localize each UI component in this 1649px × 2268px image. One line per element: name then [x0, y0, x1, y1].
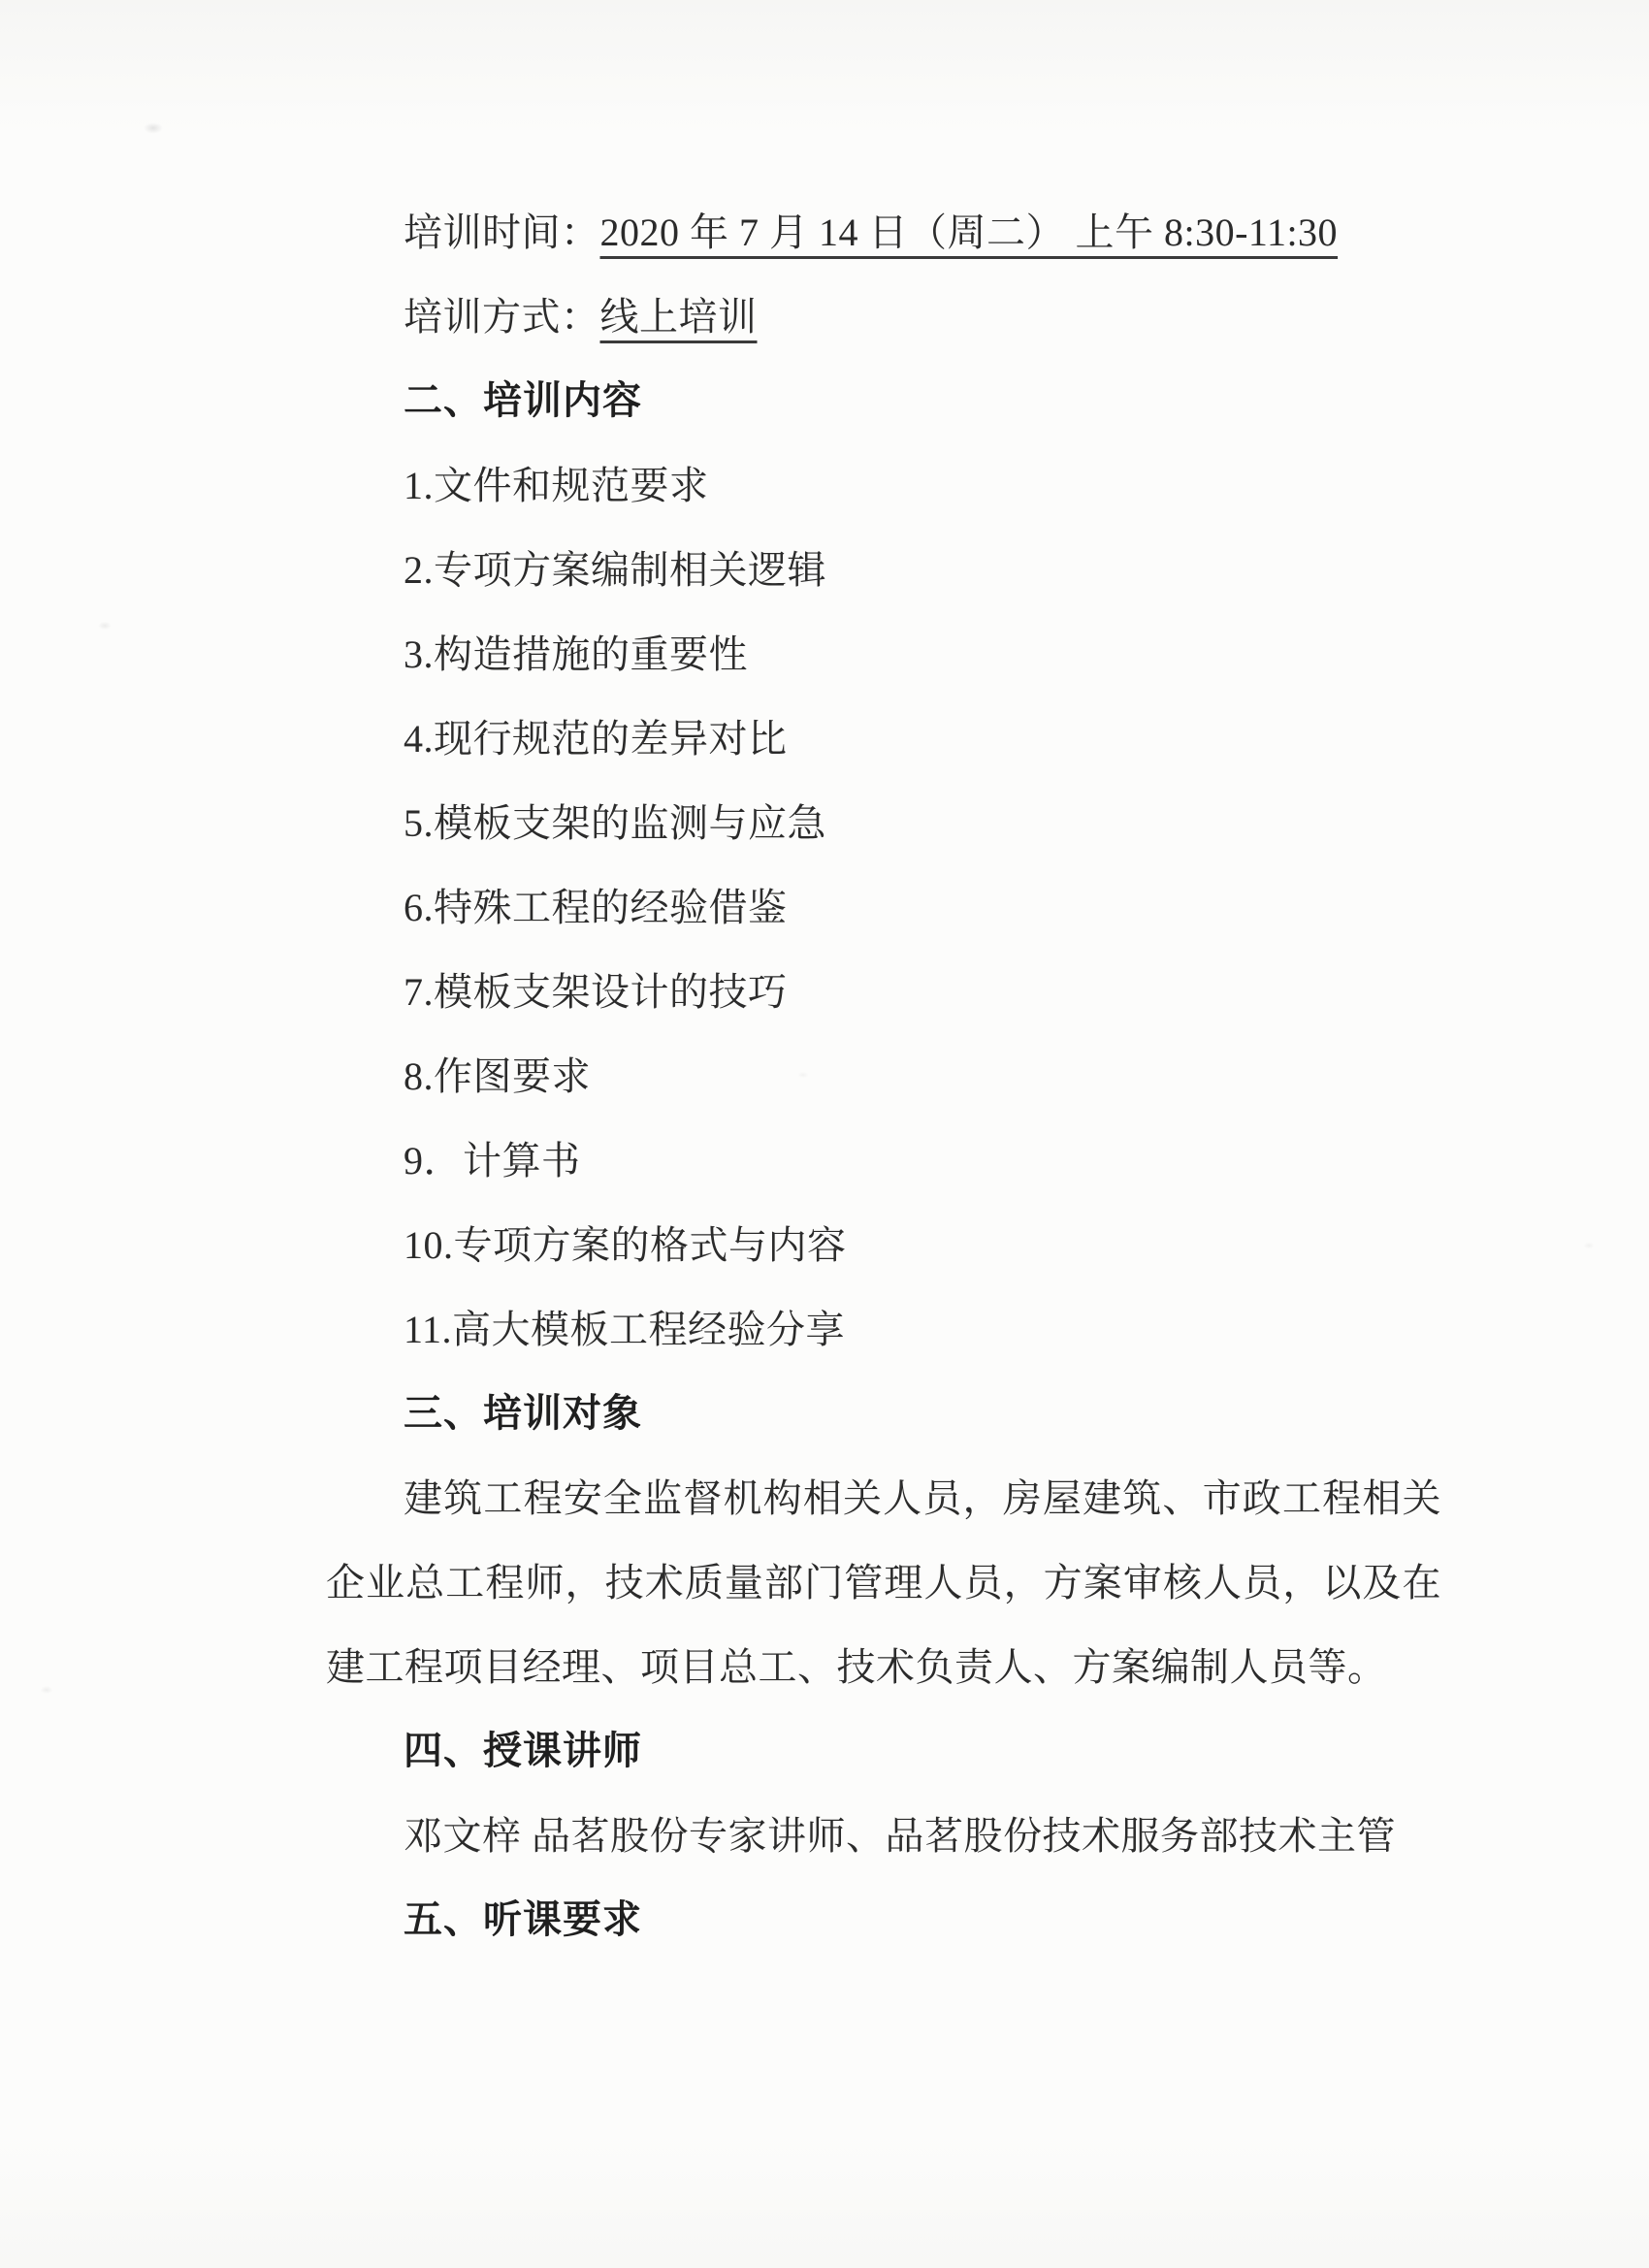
section-heading-training-content: 二、培训内容: [326, 359, 1441, 443]
training-method-label: 培训方式：: [404, 295, 600, 339]
content-item-3: 3.构造措施的重要性: [326, 612, 1441, 697]
content-item-5: 5.模板支架的监测与应急: [326, 781, 1441, 865]
training-method-value: 线上培训: [600, 295, 758, 339]
content-item-4: 4.现行规范的差异对比: [326, 697, 1441, 781]
content-item-1: 1.文件和规范要求: [326, 443, 1441, 528]
audience-paragraph: 建筑工程安全监督机构相关人员，房屋建筑、市政工程相关企业总工程师，技术质量部门管…: [326, 1456, 1441, 1709]
content-item-2: 2.专项方案编制相关逻辑: [326, 528, 1441, 612]
training-method-line: 培训方式：线上培训: [326, 275, 1441, 359]
section-heading-training-audience: 三、培训对象: [326, 1372, 1441, 1456]
training-time-line: 培训时间：2020 年 7 月 14 日（周二） 上午 8:30-11:30: [326, 190, 1441, 275]
content-item-10: 10.专项方案的格式与内容: [326, 1203, 1441, 1287]
section-heading-lecturer: 四、授课讲师: [326, 1709, 1441, 1794]
training-time-label: 培训时间：: [404, 211, 600, 254]
scanned-document-page: 培训时间：2020 年 7 月 14 日（周二） 上午 8:30-11:30 培…: [0, 0, 1649, 2268]
content-item-11: 11.高大模板工程经验分享: [326, 1287, 1441, 1372]
lecturer-line: 邓文梓 品茗股份专家讲师、品茗股份技术服务部技术主管: [326, 1794, 1441, 1878]
section-heading-attendance-requirements: 五、听课要求: [326, 1878, 1441, 1962]
training-time-value: 2020 年 7 月 14 日（周二） 上午 8:30-11:30: [600, 211, 1339, 254]
content-item-8: 8.作图要求: [326, 1034, 1441, 1118]
content-item-7: 7.模板支架设计的技巧: [326, 950, 1441, 1034]
content-item-6: 6.特殊工程的经验借鉴: [326, 865, 1441, 950]
content-item-9: 9．计算书: [326, 1118, 1441, 1203]
document-body: 培训时间：2020 年 7 月 14 日（周二） 上午 8:30-11:30 培…: [326, 190, 1441, 1962]
